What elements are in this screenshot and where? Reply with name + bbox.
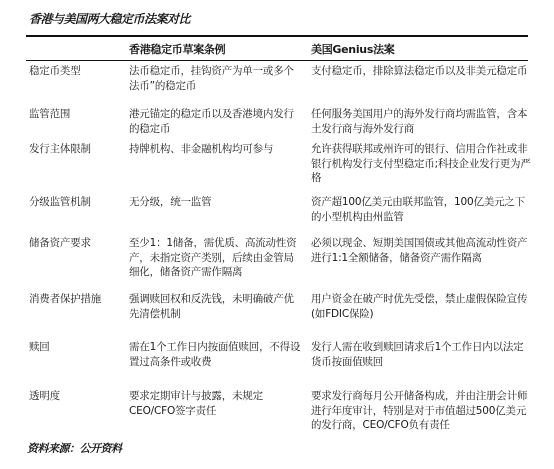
row-us: 任何服务美国用户的海外发行商均需监管，含本土发行商与海外发行商 <box>311 107 531 136</box>
row-label: 赎回 <box>29 340 121 355</box>
row-label: 透明度 <box>29 389 121 404</box>
header-rule <box>26 60 528 61</box>
row-hk: 至少1：1储备，需优质、高流动性资产，未指定资产类别，后续由金管局细化，储备资产… <box>129 236 301 280</box>
row-hk: 需在1个工作日内按面值赎回，不得设置过高条件或收费 <box>129 340 301 369</box>
row-label: 储备资产要求 <box>29 236 121 251</box>
row-hk: 持牌机构、非金融机构均可参与 <box>129 142 301 157</box>
row-label: 监管范围 <box>29 107 121 122</box>
row-us: 支付稳定币，排除算法稳定币以及非美元稳定币 <box>311 64 531 79</box>
row-us: 必须以现金、短期美国国债或其他高流动性资产进行1:1全额储备，储备资产需作隔离 <box>311 236 531 265</box>
source-note: 资料来源：公开资料 <box>27 440 122 456</box>
row-us: 发行人需在收到赎回请求后1个工作日内以法定货币按面值赎回 <box>311 340 531 369</box>
top-rule <box>26 35 528 37</box>
row-label: 消费者保护措施 <box>29 292 121 307</box>
row-label: 稳定币类型 <box>29 64 121 79</box>
row-hk: 港元锚定的稳定币以及香港境内发行的稳定币 <box>129 107 301 136</box>
header-hk: 香港稳定币草案条例 <box>129 41 225 57</box>
row-hk: 强调赎回权和反洗钱，未明确破产优先清偿机制 <box>129 292 301 321</box>
row-us: 要求发行商每月公开储备构成，并由注册会计师进行年度审计，特别是对于市值超过500… <box>311 389 531 433</box>
row-label: 分级监管机制 <box>29 195 121 210</box>
row-us: 用户资金在破产时优先受偿，禁止虚假保险宣传(如FDIC保险) <box>311 292 531 321</box>
header-us: 美国Genius法案 <box>311 41 394 57</box>
row-hk: 法币稳定币，挂钩资产为单一或多个法币”的稳定币 <box>129 64 301 93</box>
row-hk: 要求定期审计与披露，未规定CEO/CFO签字责任 <box>129 389 301 418</box>
row-hk: 无分级，统一监管 <box>129 195 301 210</box>
row-label: 发行主体限制 <box>29 142 121 157</box>
document-title: 香港与美国两大稳定币法案对比 <box>29 10 190 27</box>
row-us: 资产超100亿美元由联邦监管，100亿美元之下的小型机构由州监管 <box>311 195 531 224</box>
row-us: 允许获得联邦或州许可的银行、信用合作社或非银行机构发行支付型稳定币;科技企业发行… <box>311 142 531 186</box>
table-header: 香港稳定币草案条例 美国Genius法案 <box>0 41 554 59</box>
